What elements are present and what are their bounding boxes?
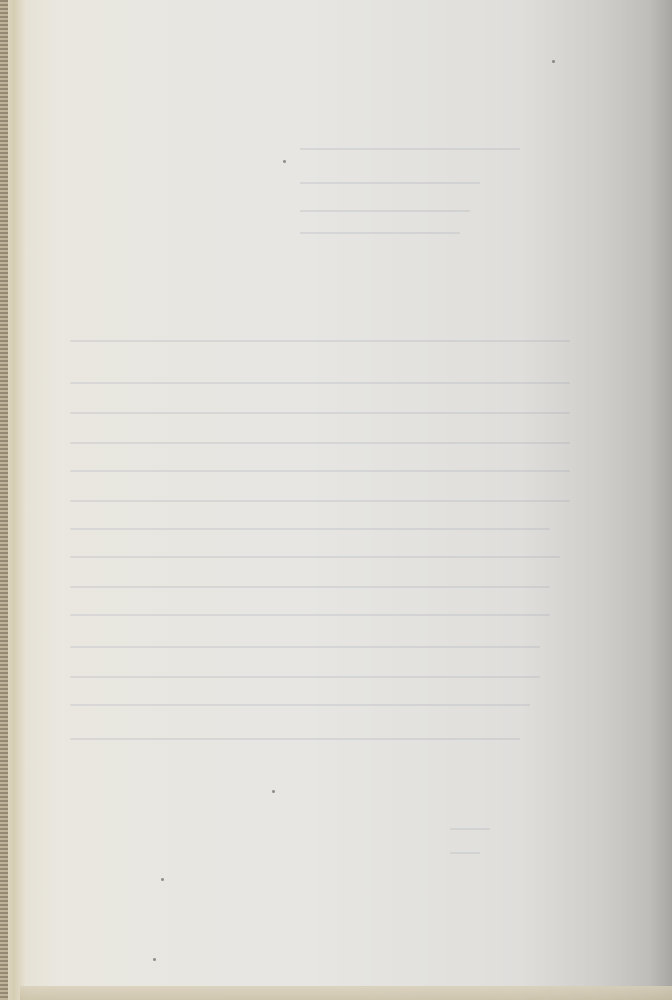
- bleed-through-line: [70, 412, 570, 414]
- bleed-through-line: [70, 442, 570, 444]
- bleed-through-line: [70, 676, 540, 678]
- bleed-through-line: [70, 500, 570, 502]
- bleed-through-line: [70, 382, 570, 384]
- bleed-through-line: [70, 646, 540, 648]
- bleed-through-line: [450, 852, 480, 854]
- bleed-through-line: [70, 528, 550, 530]
- paper-speck: [272, 790, 275, 793]
- bleed-through-line: [300, 148, 520, 150]
- binding-edge: [0, 0, 8, 1000]
- paper-speck: [153, 958, 156, 961]
- bleed-through-line: [70, 704, 530, 706]
- bleed-through-line: [70, 340, 570, 342]
- book-page: [0, 0, 672, 1000]
- bleed-through-line: [70, 586, 550, 588]
- bleed-through-line: [300, 232, 460, 234]
- bleed-through-line: [300, 182, 480, 184]
- bleed-through-line: [70, 738, 520, 740]
- paper-speck: [552, 60, 555, 63]
- paper-speck: [161, 878, 164, 881]
- bleed-through-line: [450, 828, 490, 830]
- bleed-through-line: [70, 556, 560, 558]
- bleed-through-line: [70, 614, 550, 616]
- paper-speck: [283, 160, 286, 163]
- bleed-through-line: [70, 470, 570, 472]
- page-bottom-edge: [20, 986, 672, 1000]
- bleed-through-line: [300, 210, 470, 212]
